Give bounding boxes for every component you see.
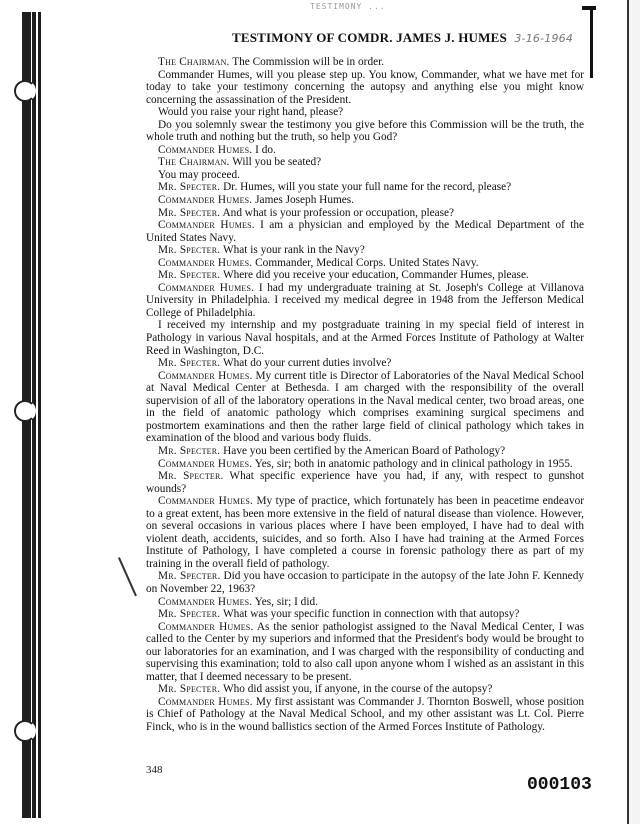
speaker-name: Mr. Specter. xyxy=(158,470,224,482)
speaker-name: The Chairman. xyxy=(158,56,230,68)
speaker-name: Commander Humes. xyxy=(158,370,253,382)
testimony-paragraph: Commander Humes. I had my undergraduate … xyxy=(146,282,584,320)
paragraph-text: Will you be seated? xyxy=(230,156,322,168)
speaker-name: Mr. Specter. xyxy=(158,181,220,193)
punch-hole xyxy=(14,400,36,422)
binder-edge xyxy=(0,0,50,824)
speaker-name: Commander Humes. xyxy=(158,621,253,633)
testimony-paragraph: Commander Humes. As the senior pathologi… xyxy=(146,621,584,684)
testimony-paragraph: Would you raise your right hand, please? xyxy=(146,106,584,119)
speaker-name: Mr. Specter. xyxy=(158,357,220,369)
paragraph-text: You may proceed. xyxy=(158,169,240,181)
punch-hole xyxy=(14,720,36,742)
speaker-name: Commander Humes. xyxy=(158,696,253,708)
speaker-name: Mr. Specter. xyxy=(158,269,220,281)
testimony-paragraph: Commander Humes. Yes, sir; both in anato… xyxy=(146,458,584,471)
testimony-paragraph: Commander Humes. My first assistant was … xyxy=(146,696,584,734)
paragraph-text: What do your current duties involve? xyxy=(220,357,391,369)
speaker-name: Mr. Specter. xyxy=(158,570,220,582)
paragraph-text: Do you solemnly swear the testimony you … xyxy=(146,119,584,144)
punch-hole xyxy=(14,80,36,102)
paragraph-text: Dr. Humes, will you state your full name… xyxy=(220,181,511,193)
speaker-name: Commander Humes. xyxy=(158,458,252,470)
testimony-paragraph: Commander Humes. Yes, sir; I did. xyxy=(146,596,584,609)
paragraph-text: I do. xyxy=(252,144,276,156)
testimony-body: The Chairman. The Commission will be in … xyxy=(146,56,584,734)
page-number: 348 xyxy=(146,764,163,776)
testimony-paragraph: Commander Humes. James Joseph Humes. xyxy=(146,194,584,207)
page-title: TESTIMONY OF COMDR. JAMES J. HUMES 3-16-… xyxy=(232,30,573,46)
paragraph-text: Where did you receive your education, Co… xyxy=(220,269,528,281)
testimony-paragraph: I received my internship and my postgrad… xyxy=(146,319,584,357)
testimony-paragraph: Commander Humes. My type of practice, wh… xyxy=(146,495,584,570)
testimony-paragraph: Mr. Specter. And what is your profession… xyxy=(146,207,584,220)
testimony-paragraph: Commander Humes. Commander, Medical Corp… xyxy=(146,257,584,270)
testimony-paragraph: Commander Humes. I do. xyxy=(146,144,584,157)
testimony-paragraph: Mr. Specter. Dr. Humes, will you state y… xyxy=(146,181,584,194)
faded-stamp: TESTIMONY ... xyxy=(310,2,386,11)
paragraph-text: The Commission will be in order. xyxy=(230,56,385,68)
binder-strip xyxy=(38,12,41,818)
paragraph-text: And what is your profession or occupatio… xyxy=(220,207,454,219)
testimony-paragraph: Commander Humes. My current title is Dir… xyxy=(146,370,584,445)
testimony-paragraph: You may proceed. xyxy=(146,169,584,182)
paragraph-text: What is your rank in the Navy? xyxy=(220,244,364,256)
testimony-paragraph: Mr. Specter. Who did assist you, if anyo… xyxy=(146,683,584,696)
speaker-name: Mr. Specter. xyxy=(158,608,220,620)
testimony-paragraph: Mr. Specter. What is your rank in the Na… xyxy=(146,244,584,257)
speaker-name: Commander Humes. xyxy=(158,194,252,206)
page-right-edge xyxy=(627,0,629,824)
speaker-name: Commander Humes. xyxy=(158,282,254,294)
paragraph-text: Commander, Medical Corps. United States … xyxy=(252,257,478,269)
paragraph-text: Yes, sir; both in anatomic pathology and… xyxy=(252,458,572,470)
testimony-paragraph: Mr. Specter. What specific experience ha… xyxy=(146,470,584,495)
testimony-paragraph: Commander Humes. I am a physician and em… xyxy=(146,219,584,244)
speaker-name: Commander Humes. xyxy=(158,219,255,231)
handwritten-date: 3-16-1964 xyxy=(514,32,573,45)
speaker-name: Commander Humes. xyxy=(158,596,252,608)
testimony-paragraph: Mr. Specter. Have you been certified by … xyxy=(146,445,584,458)
testimony-paragraph: Do you solemnly swear the testimony you … xyxy=(146,119,584,144)
paragraph-text: Would you raise your right hand, please? xyxy=(158,106,343,118)
paragraph-text: Who did assist you, if anyone, in the co… xyxy=(220,683,492,695)
speaker-name: Commander Humes. xyxy=(158,495,253,507)
speaker-name: Mr. Specter. xyxy=(158,445,220,457)
paragraph-text: I received my internship and my postgrad… xyxy=(146,319,584,356)
page-edge-shadow xyxy=(629,0,640,824)
speaker-name: Mr. Specter. xyxy=(158,244,220,256)
speaker-name: Commander Humes. xyxy=(158,144,252,156)
title-text: TESTIMONY OF COMDR. JAMES J. HUMES xyxy=(232,30,507,45)
testimony-paragraph: The Chairman. Will you be seated? xyxy=(146,156,584,169)
testimony-paragraph: The Chairman. The Commission will be in … xyxy=(146,56,584,69)
testimony-paragraph: Mr. Specter. What do your current duties… xyxy=(146,357,584,370)
paragraph-text: What was your specific function in conne… xyxy=(220,608,519,620)
speaker-name: Mr. Specter. xyxy=(158,683,220,695)
pen-mark xyxy=(118,557,136,596)
speaker-name: Commander Humes. xyxy=(158,257,252,269)
margin-mark xyxy=(582,6,596,10)
speaker-name: The Chairman. xyxy=(158,156,230,168)
paragraph-text: Yes, sir; I did. xyxy=(252,596,318,608)
testimony-paragraph: Commander Humes, will you please step up… xyxy=(146,69,584,107)
paragraph-text: James Joseph Humes. xyxy=(252,194,354,206)
bates-number: 000103 xyxy=(527,775,592,795)
speaker-name: Mr. Specter. xyxy=(158,207,220,219)
testimony-paragraph: Mr. Specter. What was your specific func… xyxy=(146,608,584,621)
margin-mark xyxy=(590,8,593,78)
paragraph-text: Have you been certified by the American … xyxy=(220,445,505,457)
testimony-paragraph: Mr. Specter. Did you have occasion to pa… xyxy=(146,570,584,595)
testimony-paragraph: Mr. Specter. Where did you receive your … xyxy=(146,269,584,282)
paragraph-text: Commander Humes, will you please step up… xyxy=(146,69,584,106)
